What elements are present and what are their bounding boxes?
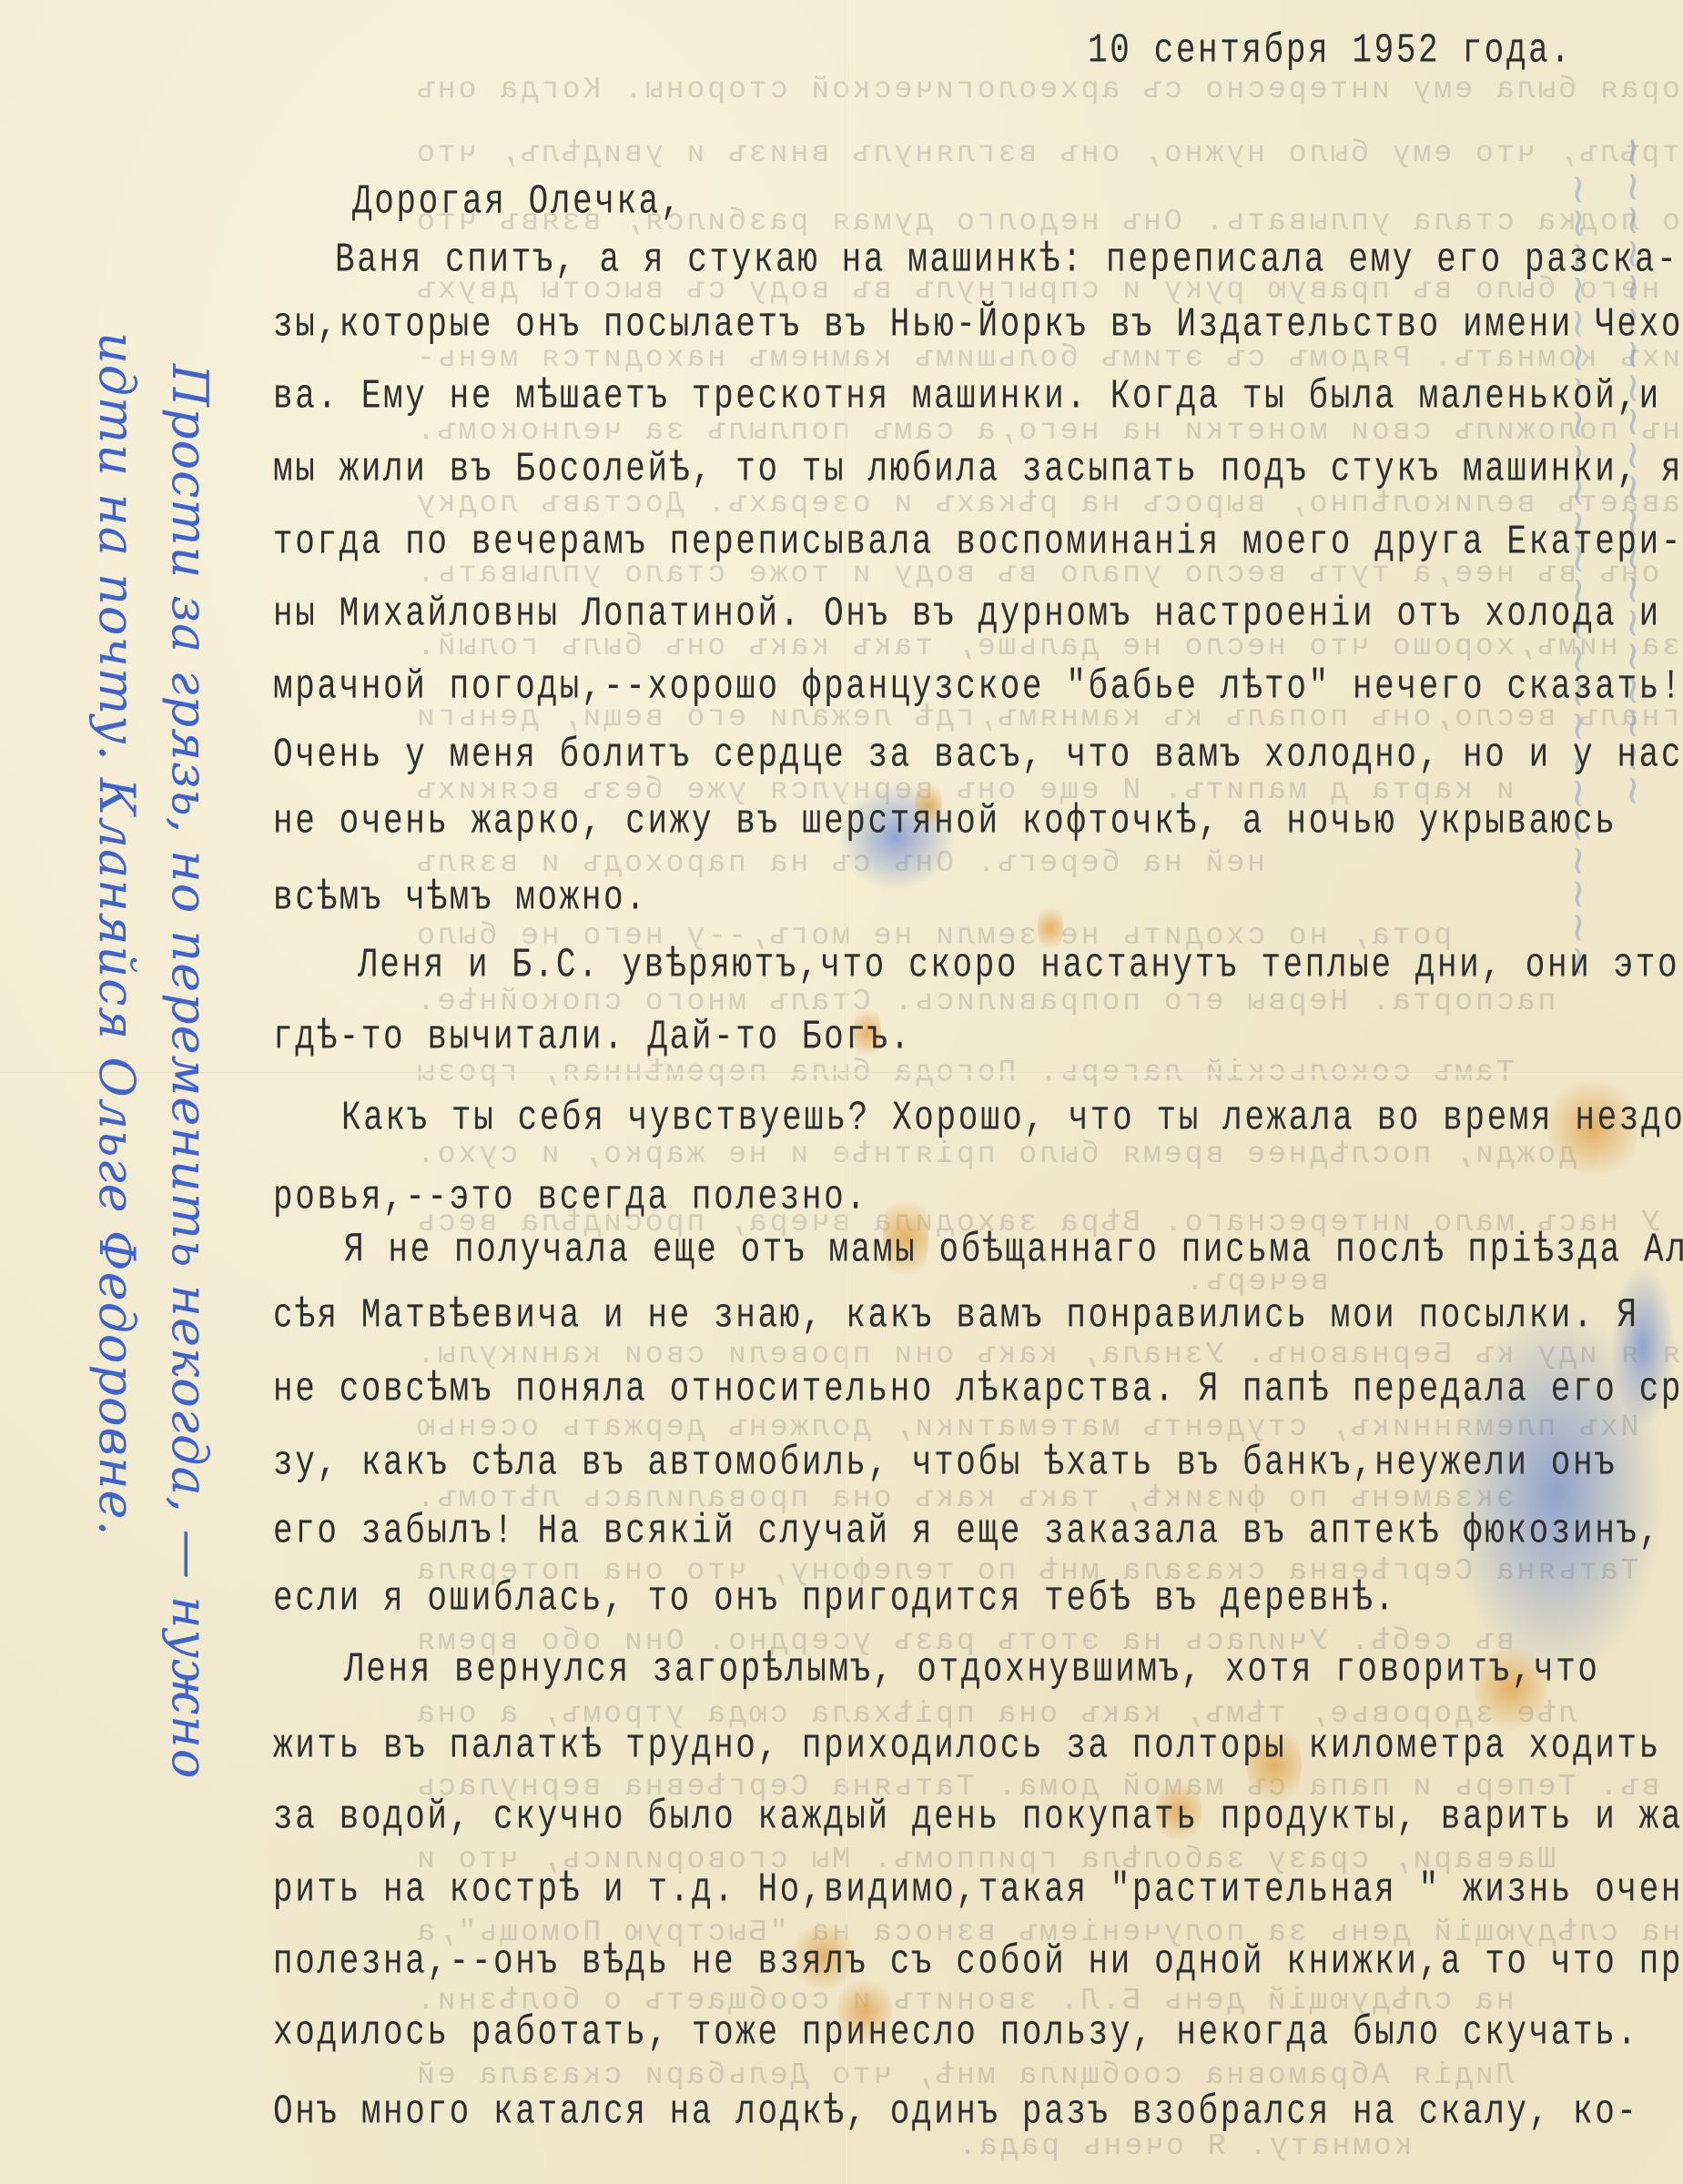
letter-line: Я не получала еще отъ мамы обѣщаннаго пи… (344, 1227, 1683, 1273)
letter-line: гдѣ-то вычитали. Дай-то Богъ. (273, 1014, 912, 1060)
bleed-line: дожди, послѣднее время было прiятнѣе и н… (414, 1137, 1577, 1171)
letter-salutation: Дорогая Олечка, (352, 178, 683, 225)
letter-line: тогда по вечерамъ переписывала воспомина… (273, 519, 1683, 565)
bleed-line: посмотрѣлъ, что ему было нужно, онъ взгл… (414, 136, 1683, 170)
paper-fold-horizontal (0, 1072, 1683, 1075)
letter-line: полезна,--онъ вѣдь не взялъ съ собой ни … (273, 1938, 1683, 1985)
letter-line: мрачной погоды,--хорошо французское "баб… (273, 663, 1683, 710)
letter-line: сѣя Матвѣевича и не знаю, какъ вамъ понр… (273, 1292, 1639, 1339)
letter-line: ходилось работать, тоже принесло пользу,… (273, 2009, 1639, 2056)
letter-line: за водой, скучно было каждый день покупа… (273, 1794, 1683, 1840)
letter-line: если я ошиблась, то онъ пригодится тебѣ … (273, 1575, 1396, 1622)
letter-line: ны Михайловны Лопатиной. Онъ въ дурномъ … (273, 591, 1661, 637)
bleed-line: торая была ему интересно съ археологичес… (414, 73, 1683, 106)
letter-line: Ваня спитъ, а я стукаю на машинкѣ: переп… (335, 237, 1678, 283)
handwritten-line: Прости за грязь, но переменить некогда, … (161, 364, 218, 1779)
letter-line: не совсѣмъ поняла относительно лѣкарства… (273, 1366, 1683, 1412)
bleed-line: Лидія Абрамовна сообщила мнѣ, что Дельба… (414, 2058, 1515, 2092)
letter-line: зу, какъ сѣла въ автомобиль, чтобы ѣхать… (273, 1440, 1617, 1486)
letter-line: Леня вернулся загорѣлымъ, отдохнувшимъ, … (344, 1646, 1600, 1693)
letter-line: всѣмъ чѣмъ можно. (273, 875, 647, 921)
letter-line: ва. Ему не мѣшаетъ трескотня машинки. Ко… (273, 373, 1661, 420)
letter-line: ровья,--это всегда полезно. (273, 1174, 868, 1220)
letter-line: Какъ ты себя чувствуешь? Хорошо, что ты … (341, 1095, 1683, 1141)
letter-line: Леня и Б.С. увѣряютъ,что скоро настанутъ… (358, 942, 1679, 988)
faint-margin-scribble: ~~~~~~~~~~~~~~~~~~~~~~~~ (1556, 173, 1602, 978)
letter-line: жить въ палаткѣ трудно, приходилось за п… (273, 1723, 1661, 1769)
letter-date: 10 сентября 1952 года. (1088, 27, 1572, 74)
letter-line: Очень у меня болитъ сердце за васъ, что … (273, 732, 1683, 778)
letter-line: не очень жарко, сижу въ шерстяной кофточ… (273, 798, 1617, 844)
letter-line: мы жили въ Босолейѣ, то ты любила засыпа… (273, 446, 1683, 492)
letter-line: рить на кострѣ и т.д. Но,видимо,такая "р… (273, 1866, 1683, 1913)
letter-line: Онъ много катался на лодкѣ, одинъ разъ в… (273, 2088, 1639, 2135)
handwritten-line: идти на почту. Кланяйся Ольге Федоровне. (88, 332, 146, 1537)
letter-line: зы,которые онъ посылаетъ въ Нью-Йоркъ въ… (273, 301, 1683, 348)
letter-line: его забылъ! На всякій случай я еще заказ… (273, 1508, 1661, 1554)
